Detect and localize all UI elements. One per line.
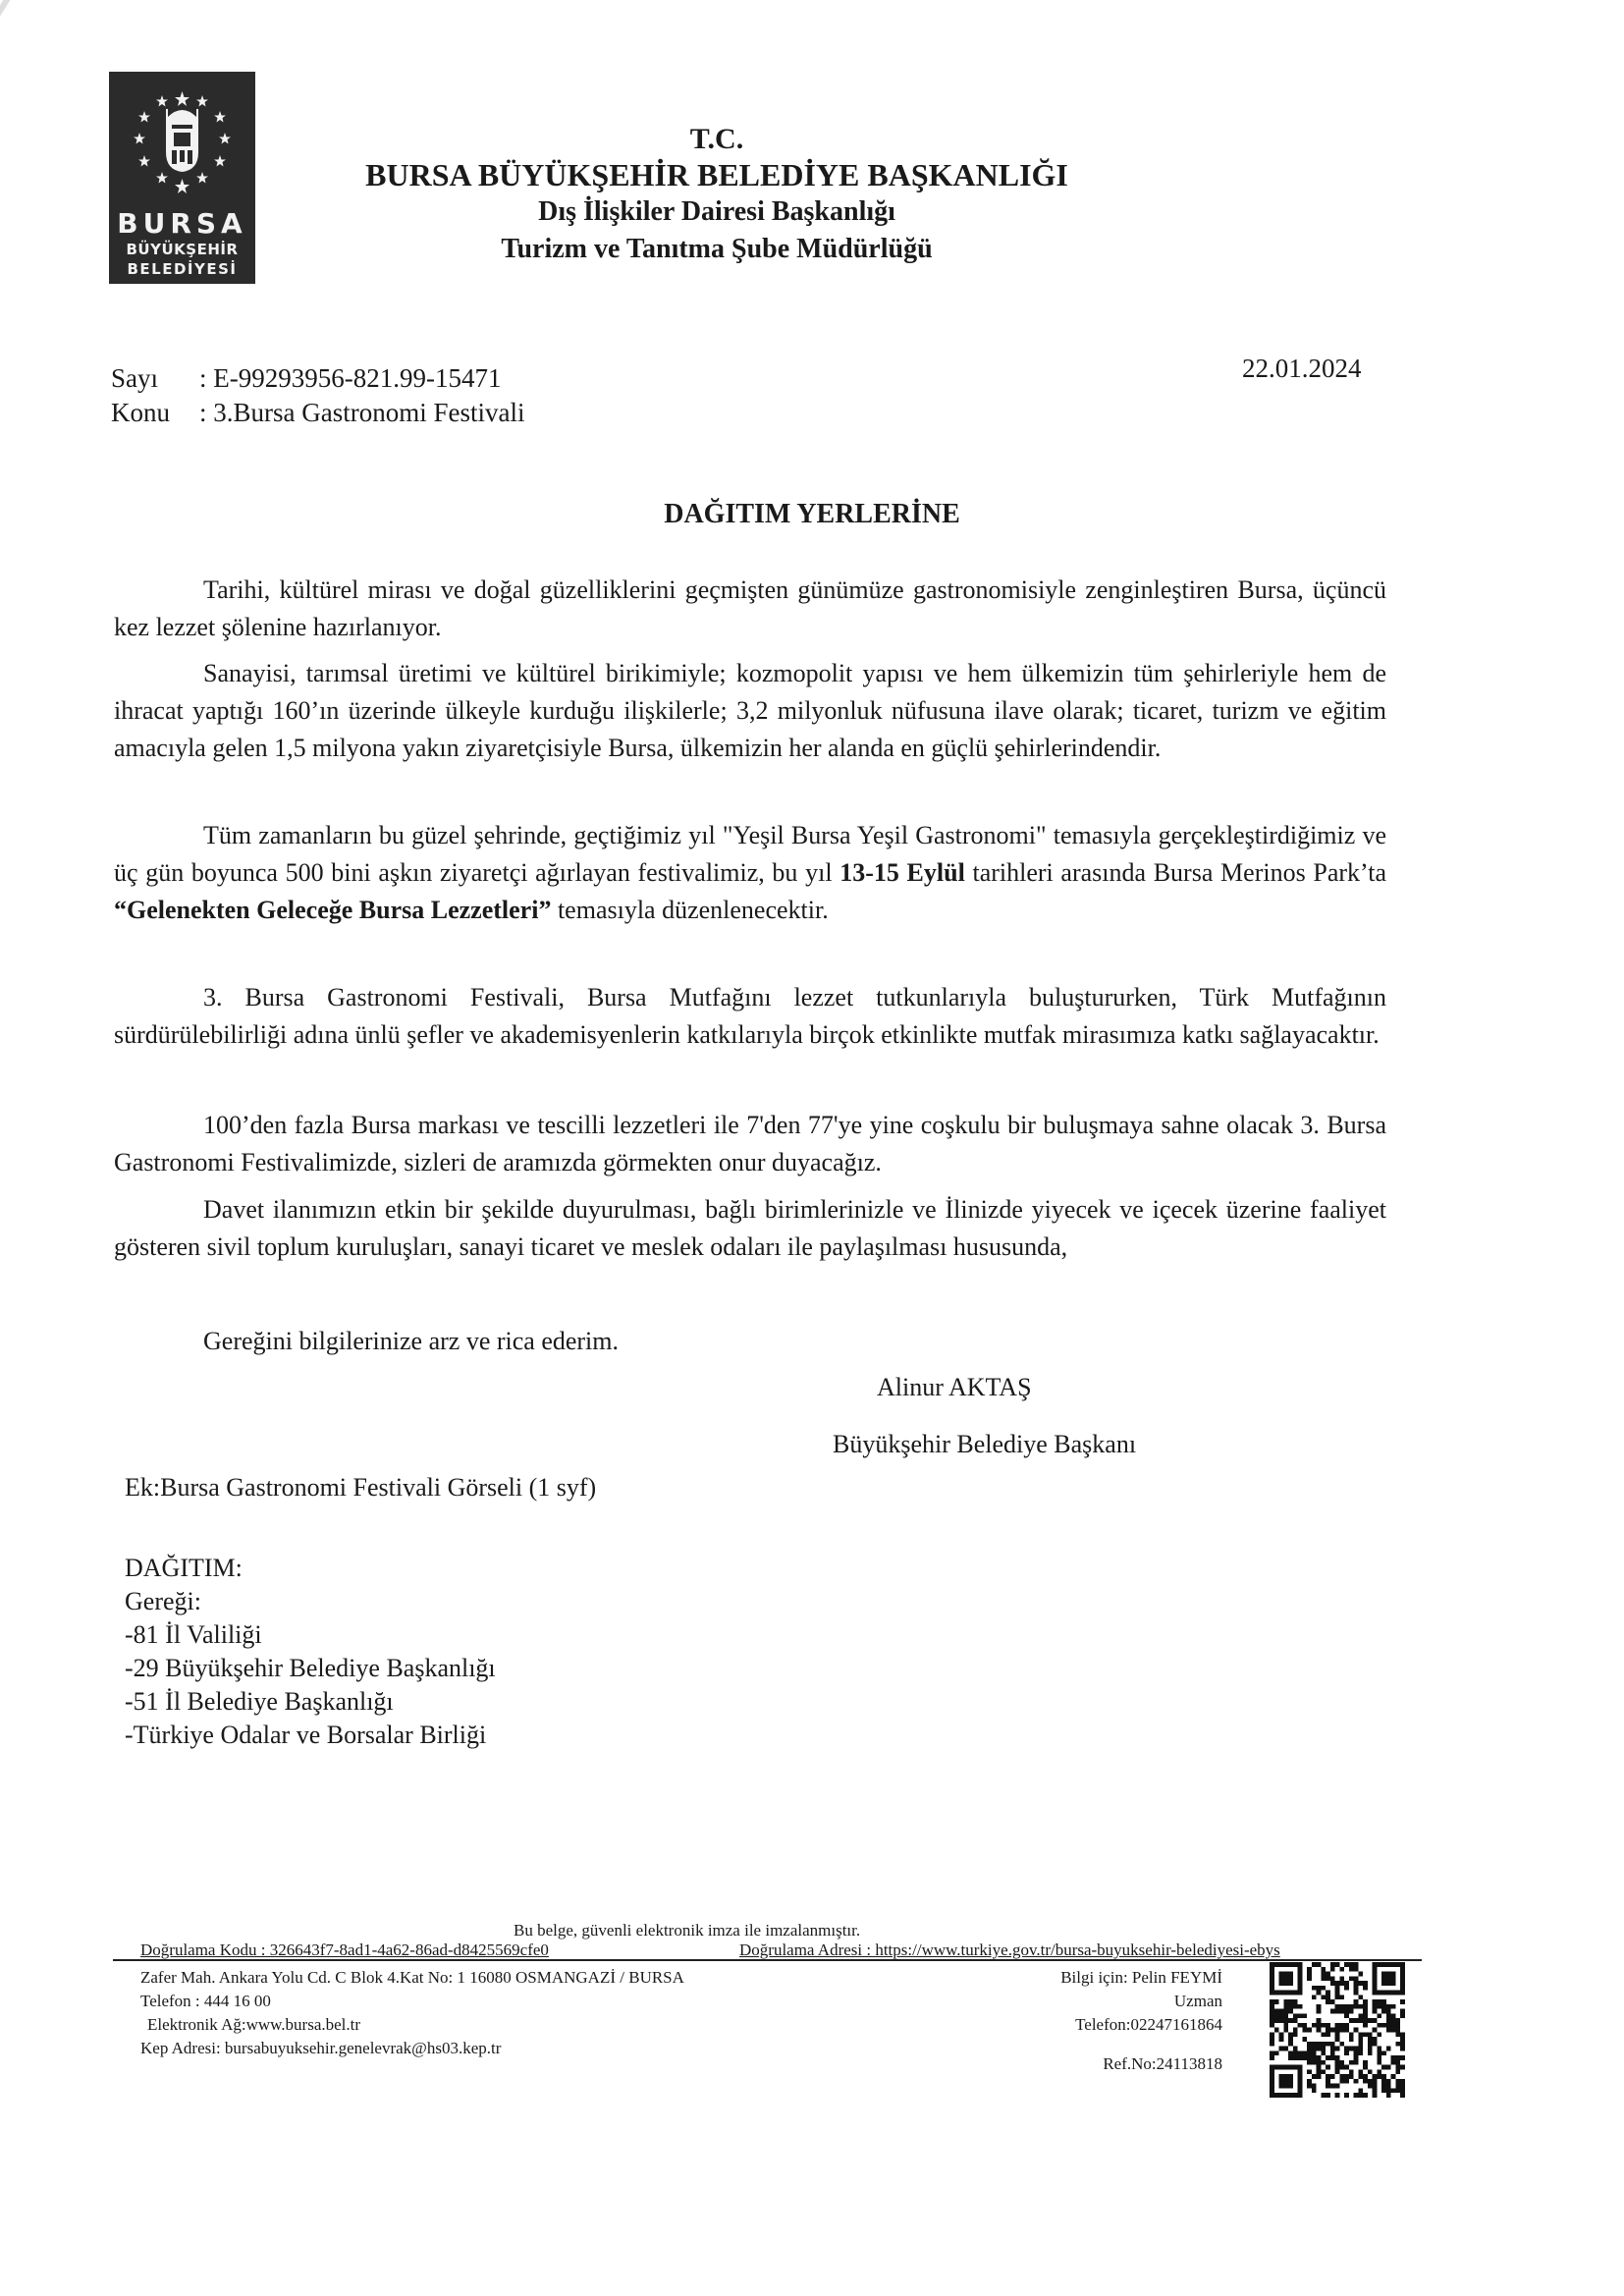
distribution-item: -51 İl Belediye Başkanlığı bbox=[125, 1685, 394, 1719]
footer-divider bbox=[113, 1959, 1422, 1961]
qr-code-icon bbox=[1270, 1961, 1405, 2099]
distribution-item: -29 Büyükşehir Belediye Başkanlığı bbox=[125, 1652, 496, 1685]
footer-address: Zafer Mah. Ankara Yolu Cd. C Blok 4.Kat … bbox=[140, 1966, 684, 1989]
header-organization: BURSA BÜYÜKŞEHİR BELEDİYE BAŞKANLIĞI bbox=[324, 157, 1110, 193]
signatory-name: Alinur AKTAŞ bbox=[877, 1373, 1032, 1402]
konu-label: Konu bbox=[111, 398, 199, 428]
verification-code: Doğrulama Kodu : 326643f7-8ad1-4a62-86ad… bbox=[140, 1939, 549, 1961]
header-unit: Turizm ve Tanıtma Şube Müdürlüğü bbox=[324, 234, 1110, 265]
paragraph-2: Sanayisi, tarımsal üretimi ve kültürel b… bbox=[114, 655, 1386, 767]
document-date: 22.01.2024 bbox=[1242, 354, 1362, 384]
distribution-item: -81 İl Valiliği bbox=[125, 1618, 262, 1652]
festival-theme: “Gelenekten Geleceğe Bursa Lezzetleri” bbox=[114, 896, 551, 924]
attachment-note: Ek:Bursa Gastronomi Festivali Görseli (1… bbox=[125, 1473, 596, 1503]
signatory-title: Büyükşehir Belediye Başkanı bbox=[833, 1430, 1136, 1459]
sayi-value: : E-99293956-821.99-15471 bbox=[199, 363, 501, 393]
reference-number: Ref.No:24113818 bbox=[1103, 2052, 1222, 2075]
paragraph-5: 100’den fazla Bursa markası ve tescilli … bbox=[114, 1107, 1386, 1181]
scan-artifact-line bbox=[0, 0, 118, 44]
konu-row: Konu: 3.Bursa Gastronomi Festivali bbox=[111, 398, 524, 428]
paragraph-4: 3. Bursa Gastronomi Festivali, Bursa Mut… bbox=[114, 979, 1386, 1054]
header-tc: T.C. bbox=[324, 123, 1110, 156]
distribution-subheading: Gereği: bbox=[125, 1585, 201, 1618]
paragraph-6: Davet ilanımızın etkin bir şekilde duyur… bbox=[114, 1191, 1386, 1266]
emblem-icon bbox=[109, 82, 255, 199]
konu-value: : 3.Bursa Gastronomi Festivali bbox=[199, 398, 524, 427]
festival-dates: 13-15 Eylül bbox=[839, 858, 965, 887]
footer-phone: Telefon : 444 16 00 bbox=[140, 1990, 271, 2012]
footer-kep[interactable]: Kep Adresi: bursabuyuksehir.genelevrak@h… bbox=[140, 2037, 501, 2059]
paragraph-3: Tüm zamanların bu güzel şehrinde, geçtiğ… bbox=[114, 817, 1386, 929]
distribution-item: -Türkiye Odalar ve Borsalar Birliği bbox=[125, 1719, 486, 1752]
municipality-logo: BURSA BÜYÜKŞEHİR BELEDİYESİ bbox=[109, 72, 255, 284]
verification-address-link[interactable]: Doğrulama Adresi : https://www.turkiye.g… bbox=[739, 1939, 1280, 1961]
sayi-label: Sayı bbox=[111, 363, 199, 394]
logo-text-bursa: BURSA bbox=[109, 207, 255, 240]
logo-text-buyuksehir: BÜYÜKŞEHİR bbox=[109, 241, 255, 258]
paragraph-1: Tarihi, kültürel mirası ve doğal güzelli… bbox=[114, 572, 1386, 646]
footer-web[interactable]: Elektronik Ağ:www.bursa.bel.tr bbox=[147, 2013, 360, 2036]
closing-sentence: Gereğini bilgilerinize arz ve rica ederi… bbox=[114, 1323, 1386, 1360]
logo-text-belediyesi: BELEDİYESİ bbox=[109, 260, 255, 278]
info-phone: Telefon:02247161864 bbox=[1075, 2013, 1222, 2036]
sayi-row: Sayı: E-99293956-821.99-15471 bbox=[111, 363, 501, 394]
info-role: Uzman bbox=[1174, 1990, 1222, 2012]
distribution-heading: DAĞITIM: bbox=[125, 1552, 243, 1585]
info-contact: Bilgi için: Pelin FEYMİ bbox=[1060, 1966, 1222, 1989]
header-department: Dış İlişkiler Dairesi Başkanlığı bbox=[324, 196, 1110, 228]
document-title: DAĞITIM YERLERİNE bbox=[0, 499, 1624, 530]
